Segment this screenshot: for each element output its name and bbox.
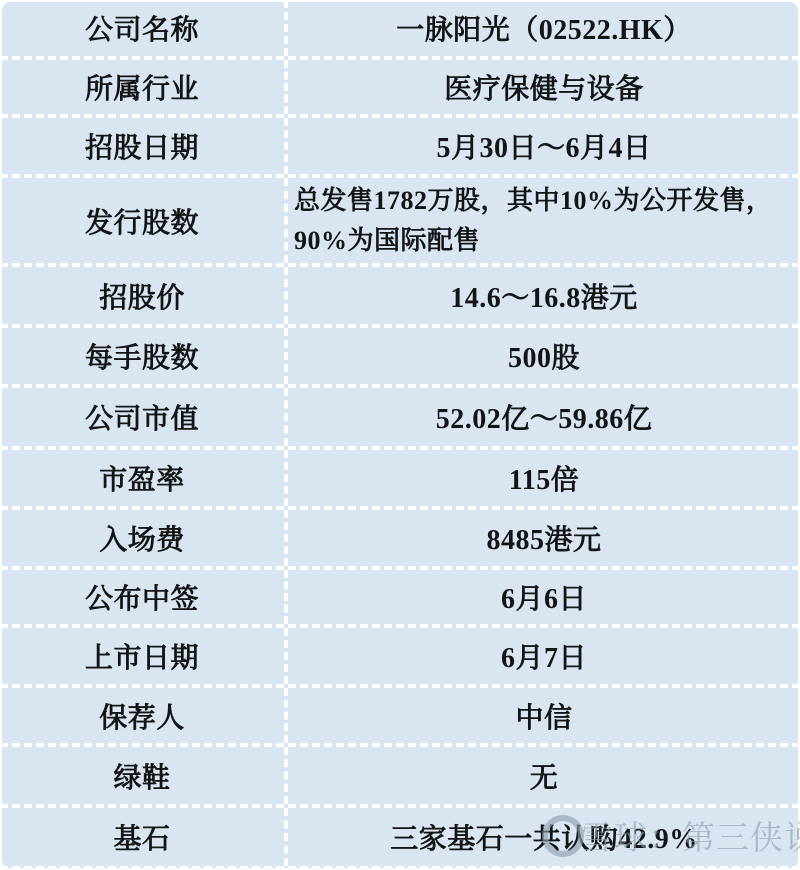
table-row: 公布中签 6月6日: [0, 570, 800, 628]
row-value: 52.02亿～59.86亿: [288, 388, 800, 446]
table-row: 入场费 8485港元: [0, 510, 800, 570]
row-value: 一脉阳光（02522.HK）: [288, 0, 800, 56]
table-row: 基石 三家基石一共认购42.9%: [0, 808, 800, 870]
row-value: 115倍: [288, 450, 800, 506]
table-row: 公司名称 一脉阳光（02522.HK）: [0, 0, 800, 60]
row-value: 三家基石一共认购42.9%: [288, 808, 800, 866]
table-row: 每手股数 500股: [0, 328, 800, 388]
row-label: 市盈率: [0, 450, 288, 506]
row-label: 招股价: [0, 267, 288, 324]
row-value: 6月7日: [288, 628, 800, 684]
table-row: 上市日期 6月7日: [0, 628, 800, 688]
row-label: 每手股数: [0, 328, 288, 384]
row-label: 绿鞋: [0, 747, 288, 804]
table-row: 所属行业 医疗保健与设备: [0, 60, 800, 118]
row-value-line-2: 90%为国际配售: [294, 221, 480, 261]
row-label: 公布中签: [0, 570, 288, 624]
row-value: 14.6～16.8港元: [288, 267, 800, 324]
row-value: 医疗保健与设备: [288, 60, 800, 114]
table-row: 绿鞋 无: [0, 747, 800, 808]
row-label: 公司市值: [0, 388, 288, 446]
row-value-line-1: 总发售1782万股，其中10%为公开发售，: [294, 181, 773, 221]
ipo-info-table: 公司名称 一脉阳光（02522.HK） 所属行业 医疗保健与设备 招股日期 5月…: [0, 0, 800, 870]
row-label: 上市日期: [0, 628, 288, 684]
row-value: 6月6日: [288, 570, 800, 624]
table-row: 招股日期 5月30日～6月4日: [0, 118, 800, 178]
table-row: 招股价 14.6～16.8港元: [0, 267, 800, 328]
table-row: 保荐人 中信: [0, 688, 800, 747]
row-value: 无: [288, 747, 800, 804]
row-label: 所属行业: [0, 60, 288, 114]
table-row: 发行股数 总发售1782万股，其中10%为公开发售， 90%为国际配售: [0, 178, 800, 267]
row-label: 基石: [0, 808, 288, 866]
table-row: 市盈率 115倍: [0, 450, 800, 510]
row-value: 中信: [288, 688, 800, 743]
row-value: 5月30日～6月4日: [288, 118, 800, 174]
row-label: 招股日期: [0, 118, 288, 174]
row-label: 公司名称: [0, 0, 288, 56]
row-label: 发行股数: [0, 178, 288, 263]
row-value: 8485港元: [288, 510, 800, 566]
table-row: 公司市值 52.02亿～59.86亿: [0, 388, 800, 450]
row-value: 500股: [288, 328, 800, 384]
row-value: 总发售1782万股，其中10%为公开发售， 90%为国际配售: [288, 178, 800, 263]
row-label: 入场费: [0, 510, 288, 566]
row-label: 保荐人: [0, 688, 288, 743]
